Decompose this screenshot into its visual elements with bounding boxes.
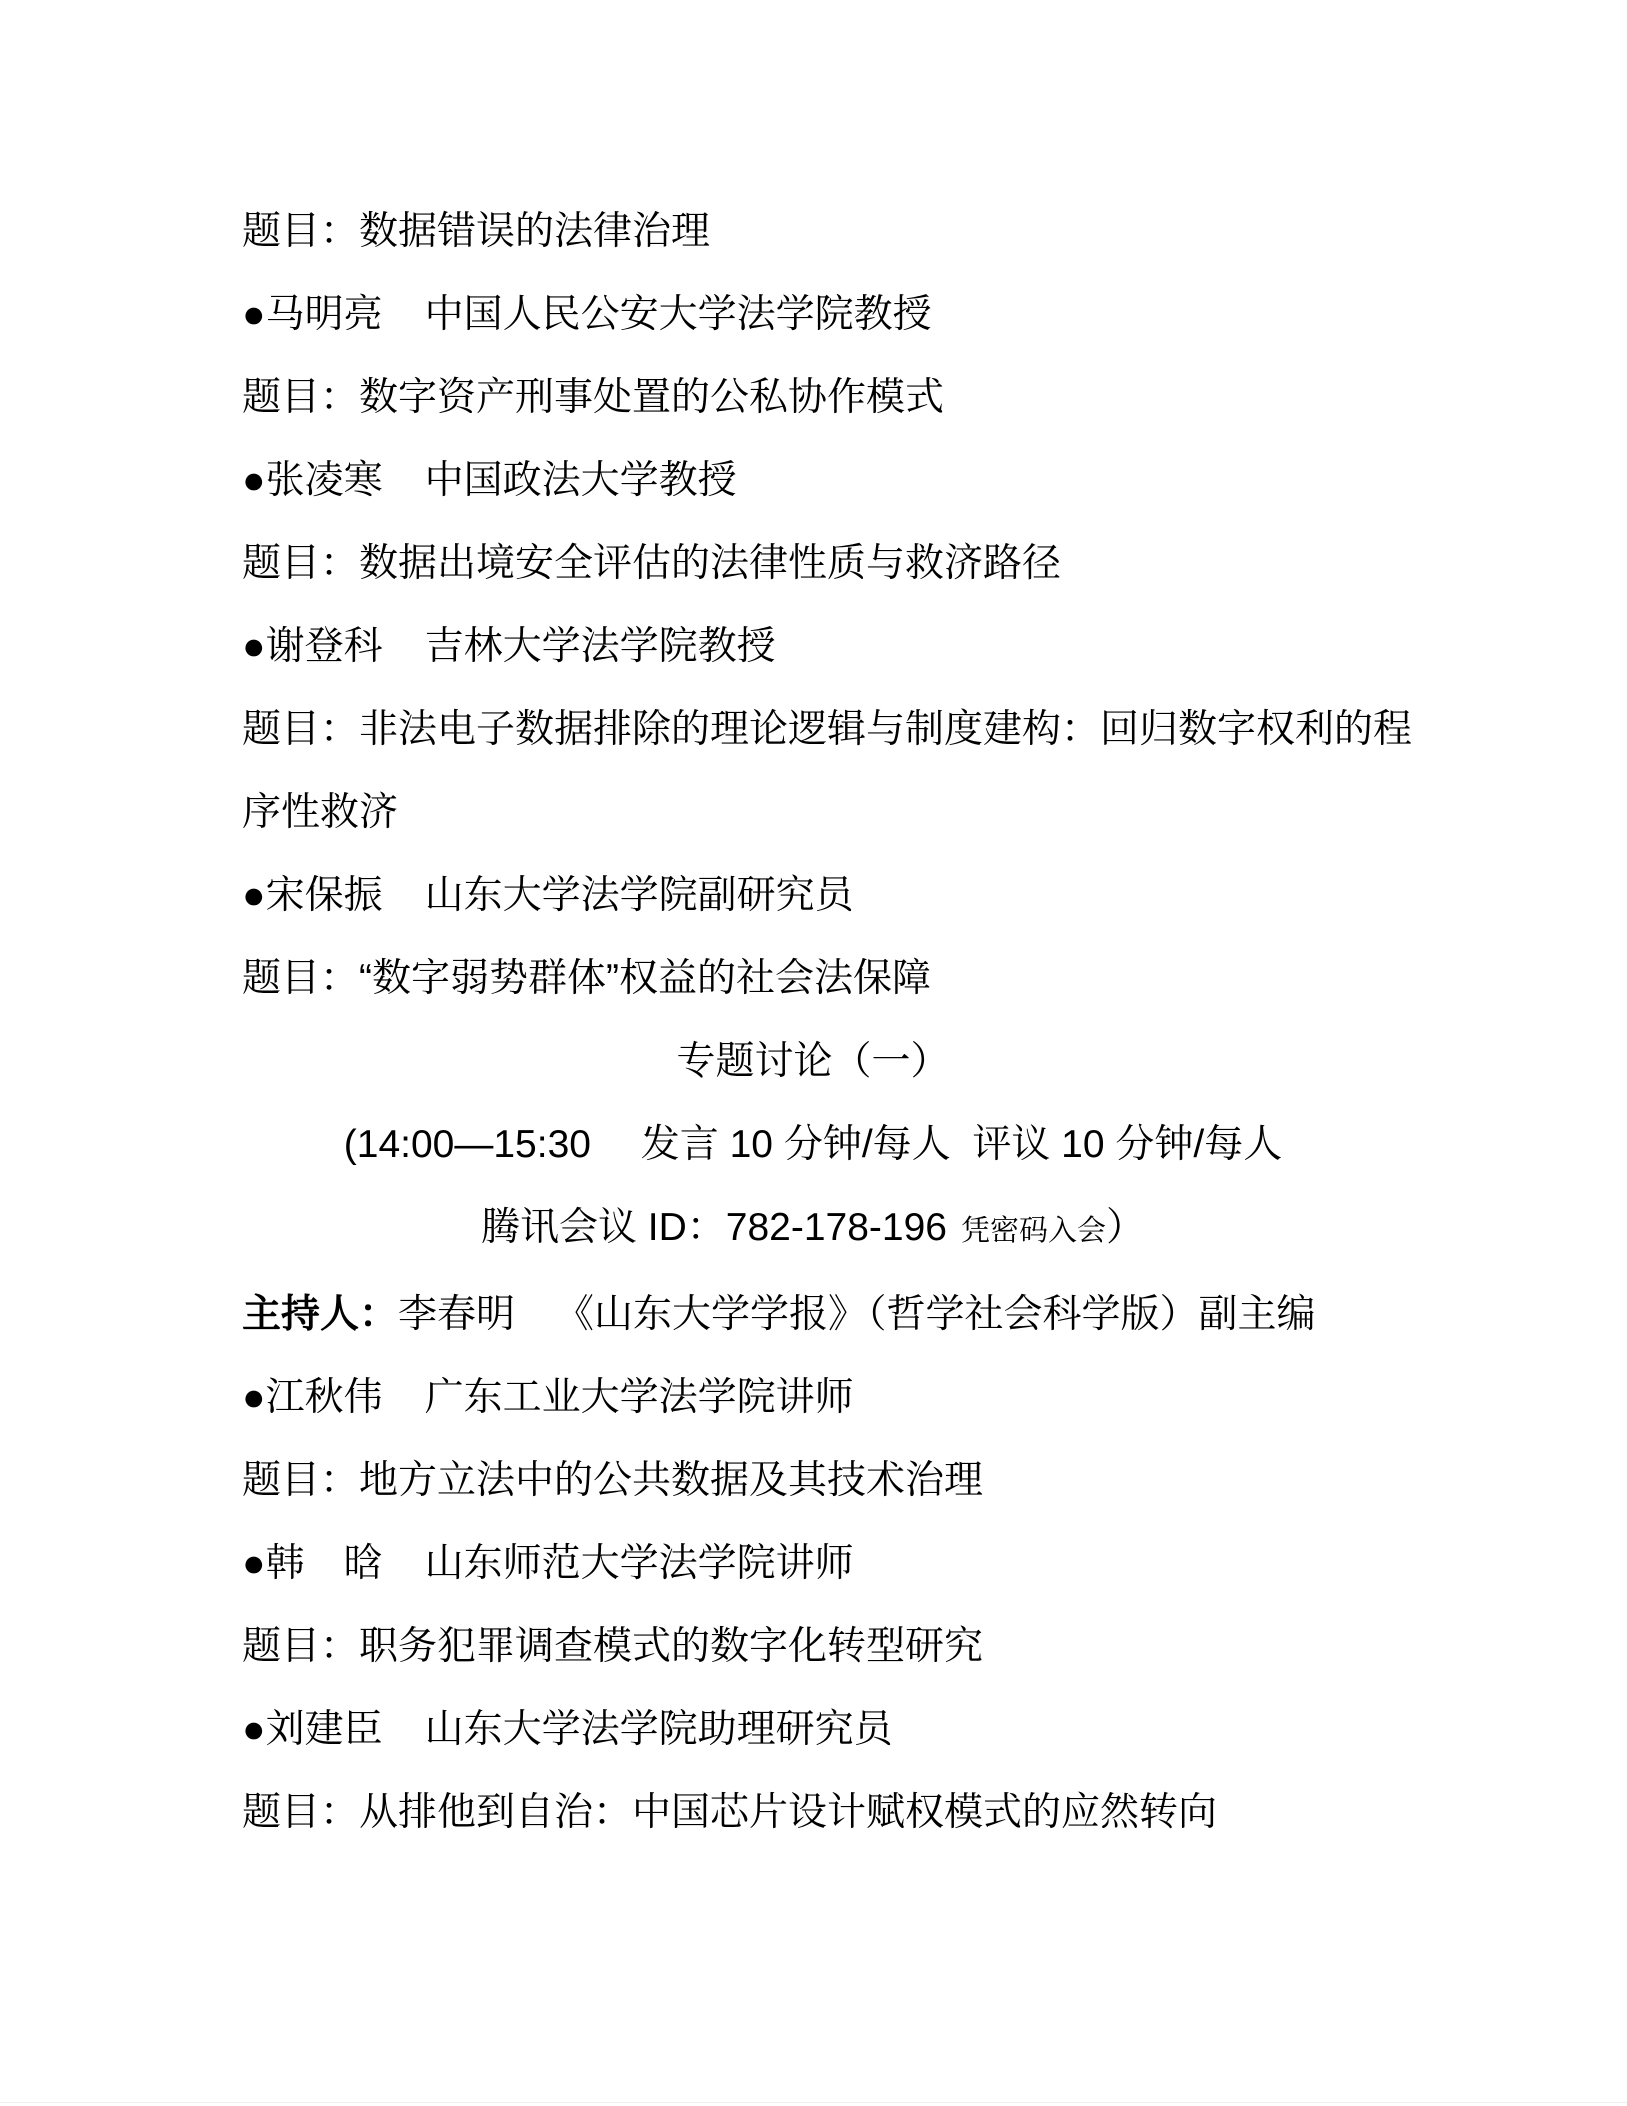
speaker-name: 韩 晗 xyxy=(266,1542,383,1585)
document-body: 题目：数据错误的法律治理 ●马明亮中国人民公安大学法学院教授 题目：数字资产刑事… xyxy=(0,0,1627,1854)
speaker-line: ●江秋伟广东工业大学法学院讲师 xyxy=(242,1356,1422,1439)
topic-text: 数据出境安全评估的法律性质与救济路径 xyxy=(359,542,1061,585)
speaker-line: ●宋保振山东大学法学院副研究员 xyxy=(242,854,1422,937)
speaker-affiliation: 山东大学法学院助理研究员 xyxy=(425,1708,893,1751)
topic-text: 从排他到自治：中国芯片设计赋权模式的应然转向 xyxy=(359,1791,1217,1834)
host-name: 李春明 xyxy=(398,1293,515,1336)
speaker-name: 张凌寒 xyxy=(266,459,383,502)
topic-text: 数字资产刑事处置的公私协作模式 xyxy=(359,376,944,419)
speaker-bullet-icon: ● xyxy=(242,605,266,688)
topic-text: “数字弱势群体”权益的社会法保障 xyxy=(359,957,931,1000)
speaker-bullet-icon: ● xyxy=(242,854,266,937)
topic-line: 题目：非法电子数据排除的理论逻辑与制度建构：回归数字权利的程序性救济 xyxy=(242,688,1422,854)
topic-label: 题目： xyxy=(242,1625,359,1668)
speaker-line: ●马明亮中国人民公安大学法学院教授 xyxy=(242,273,1422,356)
document-page: 题目：数据错误的法律治理 ●马明亮中国人民公安大学法学院教授 题目：数字资产刑事… xyxy=(0,0,1627,2106)
topic-line: 题目：数据出境安全评估的法律性质与救济路径 xyxy=(242,522,1422,605)
topic-label: 题目： xyxy=(242,708,359,751)
speaker-name: 谢登科 xyxy=(266,625,383,668)
speaker-bullet-icon: ● xyxy=(242,273,266,356)
session-schedule: (14:00—15:30 发言 10 分钟/每人 评议 10 分钟/每人 xyxy=(223,1103,1403,1186)
host-line: 主持人：李春明《山东大学学报》（哲学社会科学版）副主编 xyxy=(242,1273,1422,1356)
topic-line: 题目：地方立法中的公共数据及其技术治理 xyxy=(242,1439,1422,1522)
host-affiliation: 《山东大学学报》（哲学社会科学版）副主编 xyxy=(555,1293,1316,1336)
speaker-affiliation: 吉林大学法学院教授 xyxy=(425,625,776,668)
speaker-bullet-icon: ● xyxy=(242,1356,266,1439)
speaker-bullet-icon: ● xyxy=(242,1522,266,1605)
closing-paren: ） xyxy=(1106,1206,1145,1249)
speaker-name: 刘建臣 xyxy=(266,1708,383,1751)
host-label: 主持人： xyxy=(242,1293,398,1336)
speaker-line: ●刘建臣山东大学法学院助理研究员 xyxy=(242,1688,1422,1771)
speaker-name: 宋保振 xyxy=(266,874,383,917)
speaker-affiliation: 山东大学法学院副研究员 xyxy=(425,874,854,917)
speaker-affiliation: 中国政法大学教授 xyxy=(425,459,737,502)
meeting-id-line: 腾讯会议 ID：782-178-196凭密码入会） xyxy=(223,1186,1403,1273)
topic-label: 题目： xyxy=(242,376,359,419)
topic-line: 题目：职务犯罪调查模式的数字化转型研究 xyxy=(242,1605,1422,1688)
topic-text: 地方立法中的公共数据及其技术治理 xyxy=(359,1459,983,1502)
topic-line: 题目：从排他到自治：中国芯片设计赋权模式的应然转向 xyxy=(242,1771,1422,1854)
topic-line: 题目：数据错误的法律治理 xyxy=(242,190,1422,273)
session-title: 专题讨论（一） xyxy=(223,1020,1403,1103)
topic-label: 题目： xyxy=(242,210,359,253)
topic-text: 数据错误的法律治理 xyxy=(359,210,710,253)
meeting-password-note: 凭密码入会 xyxy=(961,1215,1106,1247)
topic-line: 题目：数字资产刑事处置的公私协作模式 xyxy=(242,356,1422,439)
speaker-name: 江秋伟 xyxy=(266,1376,383,1419)
speaker-line: ●张凌寒中国政法大学教授 xyxy=(242,439,1422,522)
speaker-bullet-icon: ● xyxy=(242,439,266,522)
speaker-line: ●韩 晗山东师范大学法学院讲师 xyxy=(242,1522,1422,1605)
speaker-affiliation: 山东师范大学法学院讲师 xyxy=(425,1542,854,1585)
topic-text: 职务犯罪调查模式的数字化转型研究 xyxy=(359,1625,983,1668)
speaker-line: ●谢登科吉林大学法学院教授 xyxy=(242,605,1422,688)
topic-label: 题目： xyxy=(242,1459,359,1502)
topic-line: 题目：“数字弱势群体”权益的社会法保障 xyxy=(242,937,1422,1020)
speaker-name: 马明亮 xyxy=(266,293,383,336)
topic-label: 题目： xyxy=(242,957,359,1000)
meeting-id-text: 腾讯会议 ID：782-178-196 xyxy=(481,1206,947,1249)
topic-label: 题目： xyxy=(242,542,359,585)
topic-text: 非法电子数据排除的理论逻辑与制度建构：回归数字权利的程序性救济 xyxy=(242,708,1412,834)
speaker-affiliation: 广东工业大学法学院讲师 xyxy=(425,1376,854,1419)
page-bottom-edge xyxy=(0,2102,1627,2103)
speaker-bullet-icon: ● xyxy=(242,1688,266,1771)
speaker-affiliation: 中国人民公安大学法学院教授 xyxy=(425,293,932,336)
topic-label: 题目： xyxy=(242,1791,359,1834)
